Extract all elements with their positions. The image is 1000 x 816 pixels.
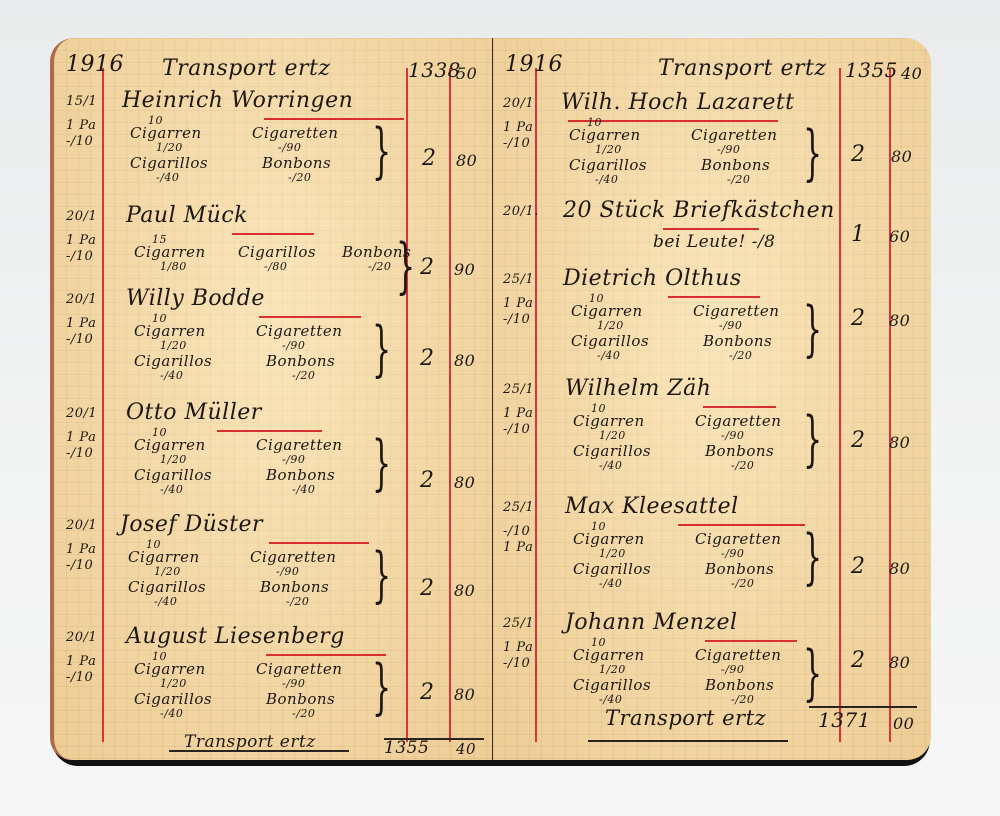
item-price: 1/20 [599, 429, 626, 442]
entry-note: 1 Pa [503, 296, 533, 311]
item-price: -/20 [727, 173, 750, 186]
carried-forward-marks: 1355 [845, 58, 898, 82]
marks-column-rule [406, 68, 408, 742]
brace-glyph: } [803, 638, 822, 708]
entry-note: -/10 [503, 656, 530, 671]
item-label: Cigarren [134, 436, 206, 454]
item-price: -/40 [160, 707, 183, 720]
total-marks: 1355 [384, 738, 429, 758]
carried-forward-pf: 50 [456, 64, 477, 83]
item-label: Cigaretten [252, 124, 338, 142]
surname-underline [668, 296, 760, 298]
item-label: Cigaretten [695, 646, 781, 664]
item-label: Cigarillos [573, 560, 651, 578]
item-label: Bonbons [703, 332, 772, 350]
amount-marks: 2 [420, 346, 435, 371]
item-price: 1/20 [160, 677, 187, 690]
item-price: -/40 [599, 693, 622, 706]
amount-pf: 80 [889, 653, 910, 672]
item-label: Cigaretten [256, 436, 342, 454]
item-price: -/90 [276, 565, 299, 578]
entry-detail: bei Leute! -/8 [653, 232, 776, 252]
item-price: -/40 [595, 173, 618, 186]
item-label: Cigarillos [569, 156, 647, 174]
item-price: 1/20 [599, 547, 626, 560]
amount-pf: 80 [454, 473, 475, 492]
item-price: 1/20 [597, 319, 624, 332]
amount-pf: 90 [454, 260, 475, 279]
customer-name: Otto Müller [126, 400, 262, 425]
surname-underline [232, 233, 314, 235]
item-label: Cigarillos [573, 676, 651, 694]
entry-note: -/10 [66, 249, 93, 264]
surname-underline [266, 654, 386, 656]
surname-underline [703, 406, 776, 408]
item-label: Bonbons [262, 154, 331, 172]
item-label: Bonbons [266, 352, 335, 370]
brace-glyph: } [372, 314, 391, 384]
item-price: 1/20 [595, 143, 622, 156]
item-price: -/90 [282, 453, 305, 466]
entry-note: -/10 [503, 422, 530, 437]
customer-name: 20 Stück Briefkästchen [563, 198, 835, 223]
item-label: Cigarillos [134, 352, 212, 370]
amount-marks: 2 [851, 306, 866, 331]
pfennig-column-rule [449, 68, 451, 742]
entry-note: 1 Pa [66, 316, 96, 331]
entry-date: 20/1. [503, 204, 539, 219]
item-price: -/90 [717, 143, 740, 156]
amount-marks: 2 [422, 146, 437, 171]
entry-date: 15/1 [66, 94, 97, 109]
entry-note: 1 Pa [66, 654, 96, 669]
item-price: -/20 [286, 595, 309, 608]
amount-pf: 80 [889, 311, 910, 330]
item-label: Cigarren [571, 302, 643, 320]
item-price: -/20 [731, 459, 754, 472]
pfennig-column-rule [889, 68, 891, 742]
item-label: Cigarillos [134, 466, 212, 484]
amount-pf: 80 [454, 685, 475, 704]
item-label: Bonbons [260, 578, 329, 596]
item-label: Cigarren [134, 243, 206, 261]
amount-pf: 60 [889, 227, 910, 246]
entry-note: -/10 [66, 670, 93, 685]
amount-marks: 2 [420, 468, 435, 493]
amount-pf: 80 [456, 151, 477, 170]
entry-date: 20/1 [66, 209, 97, 224]
item-price: -/20 [288, 171, 311, 184]
total-marks: 1371 [818, 708, 871, 732]
header-transport: Transport ertz [658, 56, 826, 81]
item-price: -/90 [721, 547, 744, 560]
item-price: -/90 [721, 429, 744, 442]
customer-name: Willy Bodde [126, 286, 265, 311]
item-label: Cigarillos [130, 154, 208, 172]
item-price: 1/20 [160, 339, 187, 352]
left-page: 1916 Transport ertz 1338 50 15/11 Pa-/10… [50, 38, 496, 760]
brace-glyph: } [372, 428, 391, 498]
amount-pf: 80 [454, 581, 475, 600]
item-label: Cigaretten [256, 660, 342, 678]
item-label: Cigarren [573, 530, 645, 548]
amount-marks: 2 [420, 255, 435, 280]
entry-date: 20/1 [66, 630, 97, 645]
item-label: Cigaretten [693, 302, 779, 320]
amount-marks: 2 [420, 576, 435, 601]
margin-rule [535, 68, 537, 742]
item-label: Bonbons [266, 466, 335, 484]
brace-glyph: } [803, 294, 822, 364]
brace-glyph: } [372, 652, 391, 722]
item-label: Cigaretten [691, 126, 777, 144]
item-price: -/40 [599, 459, 622, 472]
item-label: Cigarren [134, 660, 206, 678]
customer-name: August Liesenberg [126, 624, 345, 649]
item-price: 1/80 [160, 260, 187, 273]
entry-note: 1 Pa [503, 640, 533, 655]
brace-glyph: } [396, 231, 415, 301]
brace-glyph: } [372, 116, 391, 186]
item-price: -/40 [599, 577, 622, 590]
item-price: -/90 [721, 663, 744, 676]
item-price: -/20 [368, 260, 391, 273]
margin-rule [102, 68, 104, 742]
item-label: Cigarren [573, 412, 645, 430]
item-label: Cigarillos [128, 578, 206, 596]
carried-forward-marks: 1338 [408, 58, 461, 82]
customer-name: Josef Düster [120, 512, 263, 537]
entry-note: -/10 [66, 332, 93, 347]
amount-marks: 2 [420, 680, 435, 705]
header-transport: Transport ertz [162, 56, 330, 81]
entry-date: 25/1 [503, 272, 534, 287]
item-label: Cigaretten [250, 548, 336, 566]
surname-underline [705, 640, 797, 642]
item-price: -/40 [160, 369, 183, 382]
entry-note: 1 Pa [66, 118, 96, 133]
amount-pf: 80 [891, 147, 912, 166]
entry-note: 1 Pa [503, 540, 533, 555]
item-price: -/90 [282, 339, 305, 352]
item-label: Cigarren [569, 126, 641, 144]
customer-name: Dietrich Olthus [563, 266, 742, 291]
entry-note: -/10 [503, 524, 530, 539]
entry-note: 1 Pa [503, 406, 533, 421]
item-label: Cigarillos [573, 442, 651, 460]
item-price: -/40 [292, 483, 315, 496]
item-price: -/90 [278, 141, 301, 154]
surname-underline [269, 542, 369, 544]
customer-name: Wilhelm Zäh [565, 376, 711, 401]
item-price: -/20 [729, 349, 752, 362]
year: 1916 [505, 52, 563, 77]
item-label: Cigarillos [134, 690, 212, 708]
entry-note: -/10 [66, 558, 93, 573]
entry-date: 20/1 [503, 96, 534, 111]
item-label: Cigarren [130, 124, 202, 142]
item-price: -/20 [731, 577, 754, 590]
amount-pf: 80 [454, 351, 475, 370]
item-price: -/90 [719, 319, 742, 332]
entry-note: 1 Pa [66, 430, 96, 445]
entry-date: 25/1 [503, 616, 534, 631]
footer-transport: Transport ertz [605, 706, 766, 730]
item-label: Cigarillos [238, 243, 316, 261]
amount-pf: 80 [889, 559, 910, 578]
brace-glyph: } [803, 404, 822, 474]
carried-forward-pf: 40 [901, 64, 922, 83]
entry-note: -/10 [503, 312, 530, 327]
customer-name: Johann Menzel [565, 610, 738, 635]
surname-underline [259, 316, 361, 318]
brace-glyph: } [803, 522, 822, 592]
entry-date: 20/1 [66, 406, 97, 421]
item-price: -/40 [597, 349, 620, 362]
item-label: Bonbons [705, 676, 774, 694]
brace-glyph: } [803, 118, 822, 188]
brace-glyph: } [372, 540, 391, 610]
item-label: Bonbons [266, 690, 335, 708]
footer-transport: Transport ertz [184, 732, 316, 752]
item-price: -/40 [160, 483, 183, 496]
surname-underline [217, 430, 322, 432]
item-label: Bonbons [701, 156, 770, 174]
year: 1916 [66, 52, 124, 77]
item-price: 1/20 [154, 565, 181, 578]
marks-column-rule [839, 68, 841, 742]
item-price: -/80 [264, 260, 287, 273]
entry-date: 25/1 [503, 382, 534, 397]
item-label: Cigarren [573, 646, 645, 664]
item-label: Cigaretten [695, 530, 781, 548]
item-label: Cigaretten [695, 412, 781, 430]
amount-marks: 2 [851, 648, 866, 673]
footer-underline [588, 740, 788, 742]
item-label: Bonbons [705, 560, 774, 578]
surname-underline [663, 228, 759, 230]
customer-name: Wilh. Hoch Lazarett [561, 90, 795, 115]
customer-name: Max Kleesattel [565, 494, 739, 519]
entry-note: 1 Pa [66, 233, 96, 248]
total-pf: 40 [456, 740, 476, 758]
item-price: -/20 [292, 707, 315, 720]
amount-marks: 2 [851, 142, 866, 167]
customer-name: Heinrich Worringen [122, 88, 353, 113]
item-price: -/20 [292, 369, 315, 382]
total-pf: 00 [893, 714, 914, 733]
item-label: Bonbons [705, 442, 774, 460]
entry-date: 25/1 [503, 500, 534, 515]
item-price: -/20 [731, 693, 754, 706]
item-price: -/40 [154, 595, 177, 608]
amount-pf: 80 [889, 433, 910, 452]
entry-date: 20/1 [66, 292, 97, 307]
amount-marks: 2 [851, 428, 866, 453]
item-label: Cigarillos [571, 332, 649, 350]
item-label: Cigarren [128, 548, 200, 566]
amount-marks: 2 [851, 554, 866, 579]
item-label: Cigarren [134, 322, 206, 340]
amount-marks: 1 [851, 222, 866, 247]
entry-note: 1 Pa [503, 120, 533, 135]
entry-note: 1 Pa [66, 542, 96, 557]
surname-underline [678, 524, 805, 526]
item-price: 1/20 [160, 453, 187, 466]
entry-date: 20/1 [66, 518, 97, 533]
right-page: 1916 Transport ertz 1355 40 20/11 Pa-/10… [492, 38, 931, 760]
entry-note: -/10 [66, 446, 93, 461]
entry-note: -/10 [503, 136, 530, 151]
item-price: -/90 [282, 677, 305, 690]
item-price: 1/20 [599, 663, 626, 676]
item-price: -/40 [156, 171, 179, 184]
entry-note: -/10 [66, 134, 93, 149]
item-label: Cigaretten [256, 322, 342, 340]
item-price: 1/20 [156, 141, 183, 154]
customer-name: Paul Mück [126, 203, 248, 228]
